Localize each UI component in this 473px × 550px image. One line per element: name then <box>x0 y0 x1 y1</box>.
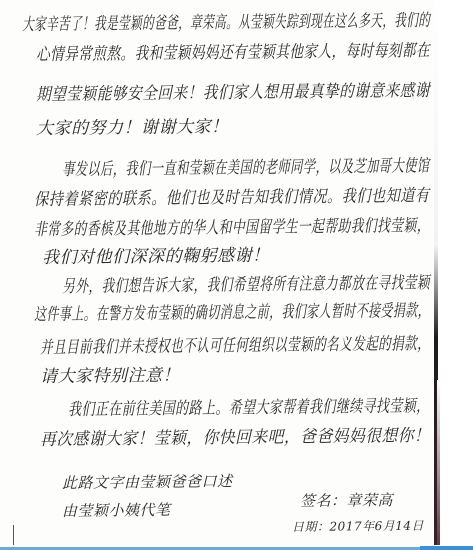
scribe-note: 由莹颖小姨代笔 <box>62 499 171 521</box>
letter-line: 大家的努力！谢谢大家！ <box>36 112 229 139</box>
letter-line: 并且目前我们并未授权也不认可任何组织以莹颖的名义发起的捐款， <box>40 329 430 358</box>
signature: 签名：章荣高 <box>300 489 393 511</box>
letter-line: 心情异常煎熬。我和莹颖妈妈还有莹颖其他家人，每时每刻都在 <box>36 36 430 65</box>
letter-line: 期望莹颖能够安全回来！我们家人想用最真挚的谢意来感谢 <box>36 76 430 105</box>
letter-page: 大家辛苦了！我是莹颖的爸爸，章荣高。从莹颖失踪到现在这么多天，我们的 心情异常煎… <box>0 0 437 545</box>
letter-line: 事发以后，我们一直和莹颖在美国的老师同学，以及芝加哥大使馆 <box>62 151 430 180</box>
bottom-border-accent <box>420 546 473 550</box>
paper-edge-mark <box>13 525 14 545</box>
letter-date: 日期：2017年6月14日 <box>292 517 424 535</box>
letter-line: 我们对他们深深的鞠躬感谢！ <box>42 241 270 268</box>
letter-line: 另外，我们想告诉大家，我们希望将所有注意力都放在寻找莹颖 <box>62 268 430 297</box>
letter-line: 非常多的香槟及其他地方的华人和中国留学生一起帮助我们找莹颖， <box>34 211 430 240</box>
letter-line: 这件事上。在警方发布莹颖的确切消息之前，我们家人暂时不接受捐款， <box>34 296 430 325</box>
letter-line: 保持着紧密的联系。他们也及时告知我们情况。我们也知道有 <box>34 181 430 210</box>
letter-line: 请大家特别注意！ <box>40 361 180 387</box>
dictation-note: 此路文字由莹颖爸爸口述 <box>62 470 233 493</box>
letter-line: 大家辛苦了！我是莹颖的爸爸，章荣高。从莹颖失踪到现在这么多天，我们的 <box>22 6 430 35</box>
letter-line: 再次感谢大家！莹颖，你快回来吧，爸爸妈妈很想你！ <box>40 421 430 450</box>
letter-line: 我们正在前往美国的路上。希望大家帮着我们继续寻找莹颖， <box>68 391 430 420</box>
paper-shadow <box>437 380 440 545</box>
